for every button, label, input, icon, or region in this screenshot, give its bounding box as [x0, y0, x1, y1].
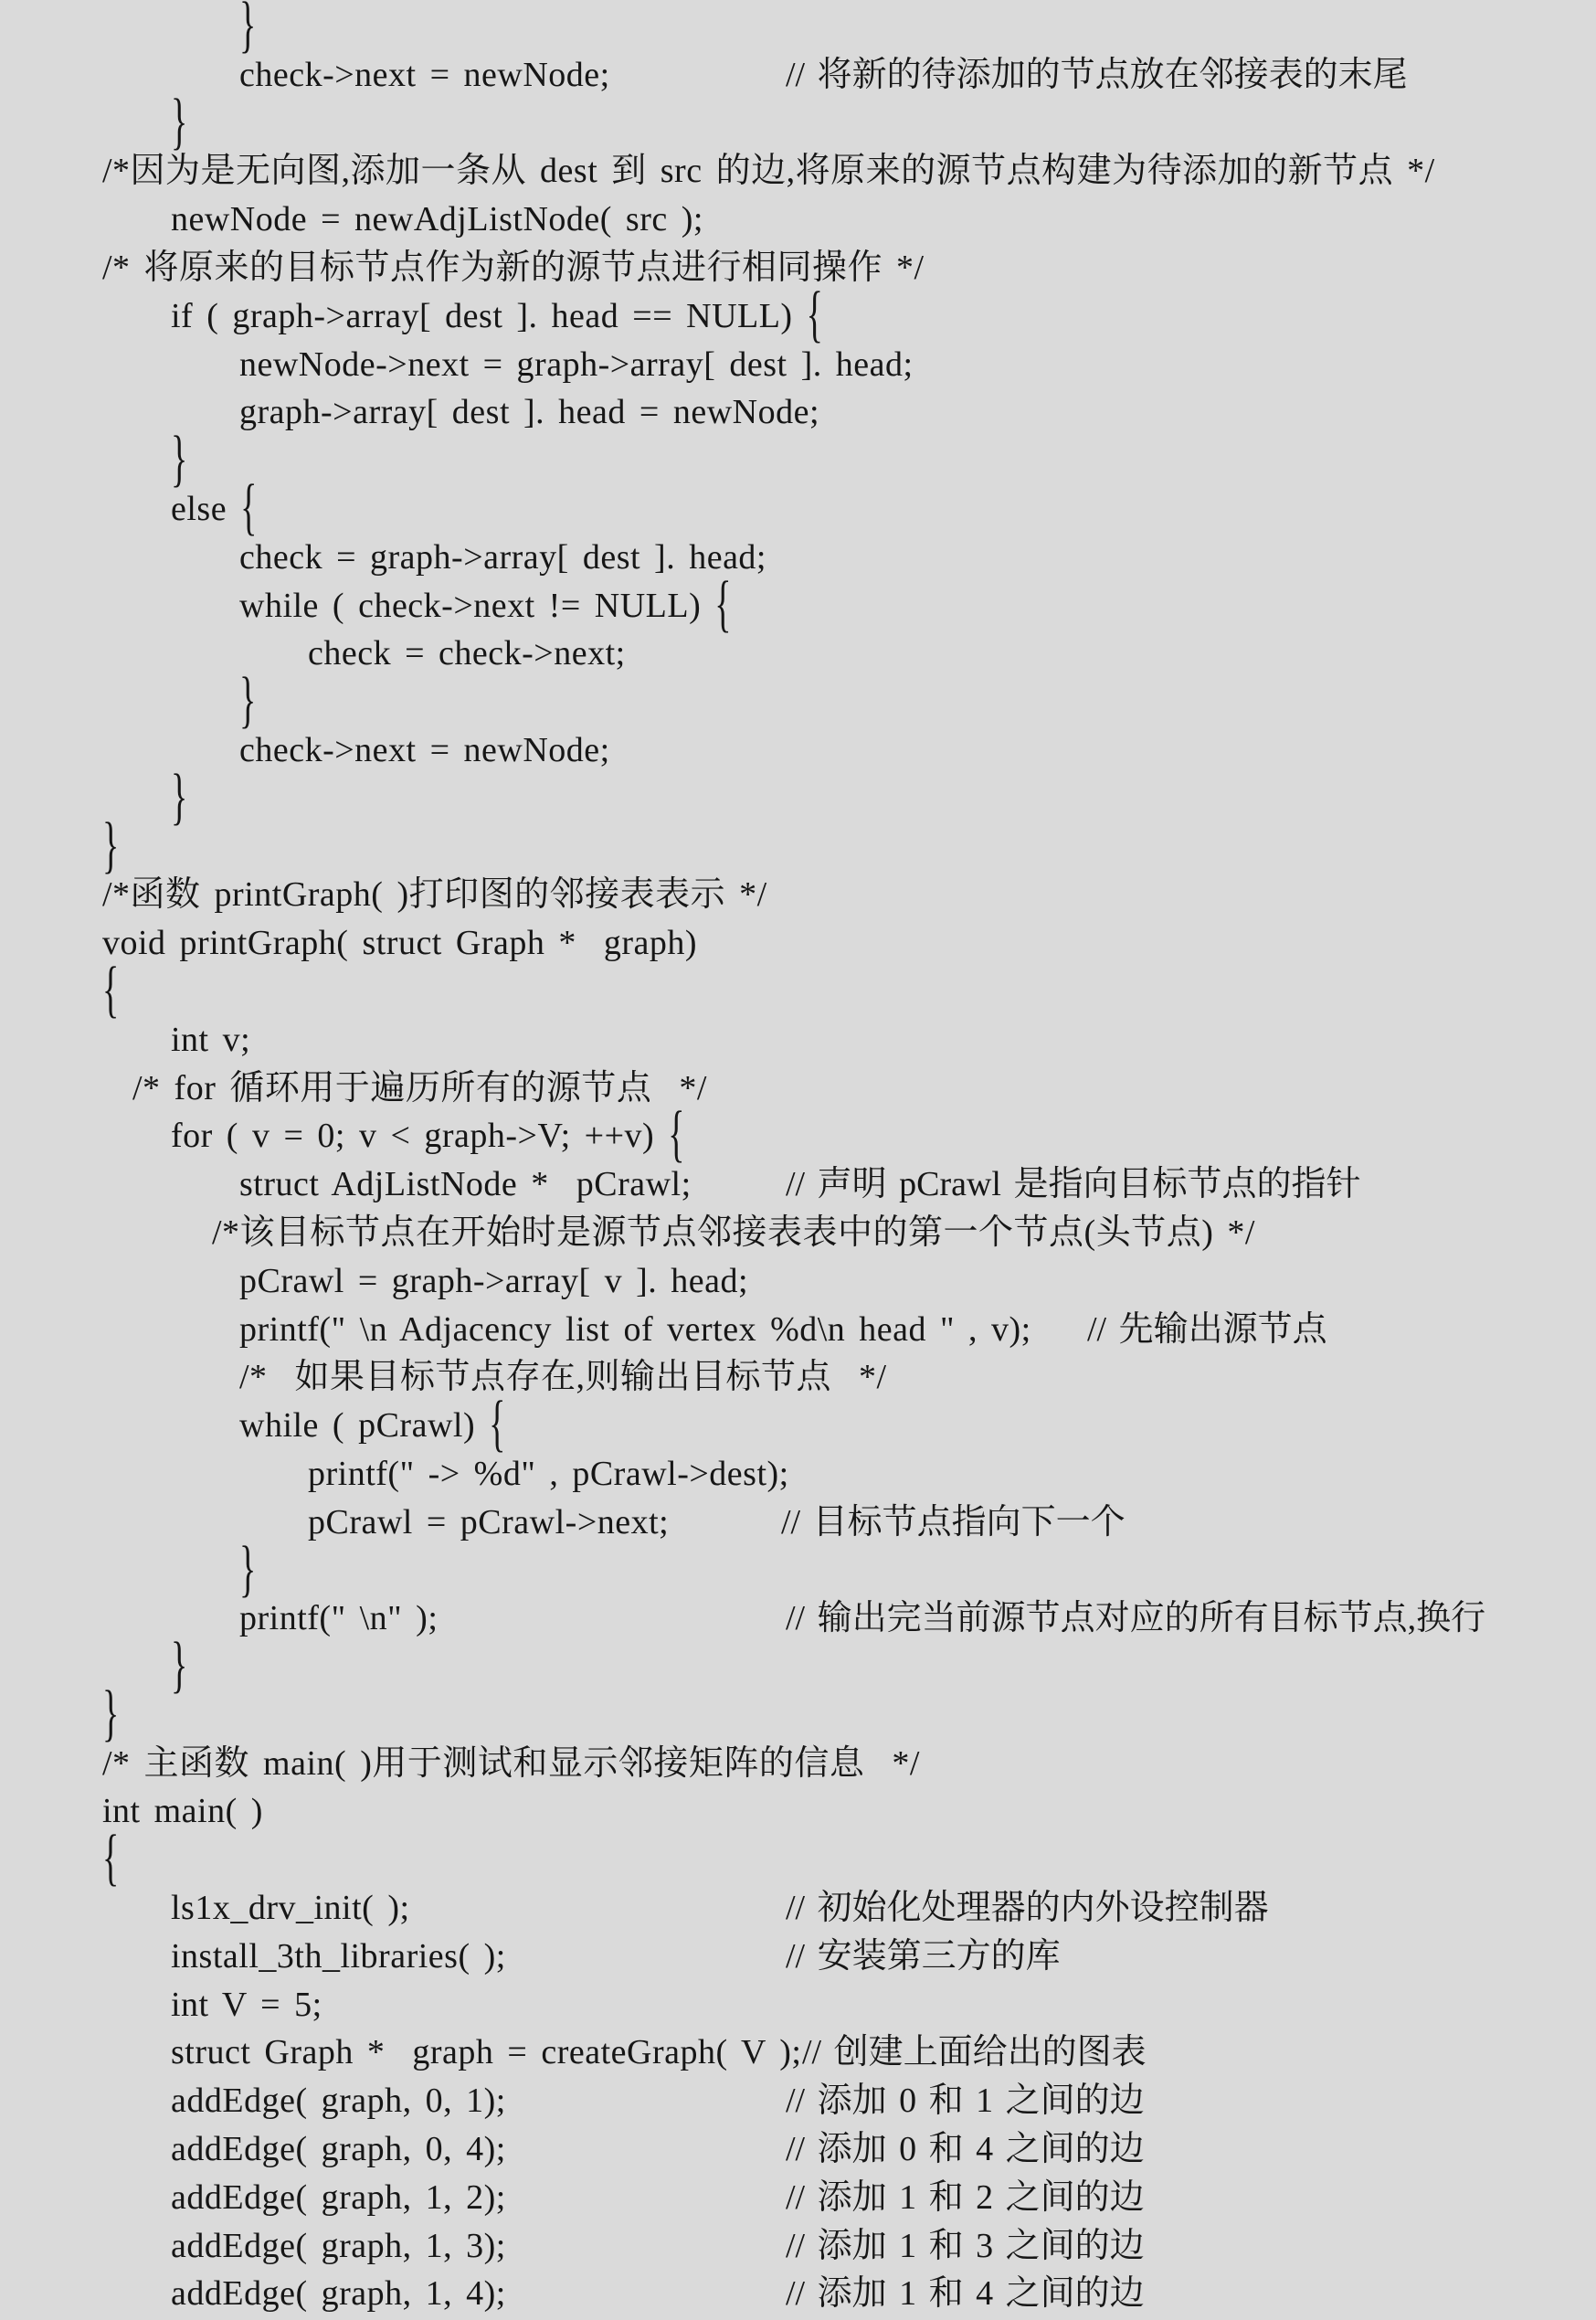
- code-line: int V = 5;: [0, 1981, 1596, 2029]
- code-line: int v;: [0, 1016, 1596, 1065]
- code-line: }: [0, 1547, 1596, 1595]
- code-text: check = graph->array[ dest ]. head;: [239, 534, 766, 582]
- comment-text: // 创建上面给出的图表: [802, 2029, 1147, 2077]
- code-text: {: [102, 968, 120, 1016]
- code-line: /* 主函数 main( )用于测试和显示邻接矩阵的信息 */: [0, 1740, 1596, 1788]
- comment-text: // 添加 0 和 1 之间的边: [786, 2077, 1145, 2125]
- code-line: while ( pCrawl) {: [0, 1402, 1596, 1450]
- code-line: }: [0, 100, 1596, 148]
- code-line: addEdge( graph, 0, 1);// 添加 0 和 1 之间的边: [0, 2077, 1596, 2125]
- code-line: /*该目标节点在开始时是源节点邻接表表中的第一个节点(头节点) */: [0, 1209, 1596, 1257]
- code-line: graph->array[ dest ]. head = newNode;: [0, 388, 1596, 437]
- code-line: printf(" -> %d" , pCrawl->dest);: [0, 1450, 1596, 1499]
- code-line: /* for 循环用于遍历所有的源节点 */: [0, 1065, 1596, 1113]
- comment-text: // 声明 pCrawl 是指向目标节点的指针: [786, 1160, 1360, 1209]
- comment-text: // 目标节点指向下一个: [781, 1499, 1126, 1547]
- code-text: addEdge( graph, 1, 4);: [171, 2270, 506, 2318]
- code-text: printf(" \n" );: [239, 1594, 438, 1643]
- code-text: int V = 5;: [171, 1981, 322, 2029]
- code-line: struct AdjListNode * pCrawl;// 声明 pCrawl…: [0, 1160, 1596, 1209]
- code-text: }: [102, 1691, 120, 1740]
- comment-text: // 将新的待添加的节点放在邻接表的末尾: [786, 51, 1408, 100]
- code-text: }: [239, 3, 257, 51]
- code-text: /*函数 printGraph( )打印图的邻接表表示 */: [102, 871, 767, 919]
- code-line: check->next = newNode;// 将新的待添加的节点放在邻接表的…: [0, 51, 1596, 100]
- code-text: }: [171, 775, 188, 823]
- code-line: {: [0, 968, 1596, 1016]
- code-line: install_3th_libraries( );// 安装第三方的库: [0, 1933, 1596, 1981]
- comment-text: // 添加 1 和 4 之间的边: [786, 2270, 1145, 2318]
- code-line: }: [0, 1691, 1596, 1740]
- code-line: /* 将原来的目标节点作为新的源节点进行相同操作 */: [0, 244, 1596, 292]
- code-text: addEdge( graph, 1, 3);: [171, 2222, 506, 2271]
- code-line: }: [0, 678, 1596, 726]
- code-text: graph->array[ dest ]. head = newNode;: [239, 388, 819, 437]
- code-line: }: [0, 1643, 1596, 1691]
- code-text: }: [171, 437, 188, 485]
- code-text: install_3th_libraries( );: [171, 1933, 506, 1981]
- code-line: for ( v = 0; v < graph->V; ++v) {: [0, 1112, 1596, 1160]
- code-line: {: [0, 1836, 1596, 1884]
- comment-text: // 输出完当前源节点对应的所有目标节点,换行: [786, 1594, 1485, 1643]
- code-text: }: [171, 1643, 188, 1691]
- code-text: newNode->next = graph->array[ dest ]. he…: [239, 341, 914, 389]
- code-line: newNode->next = graph->array[ dest ]. he…: [0, 341, 1596, 389]
- code-text: /* 主函数 main( )用于测试和显示邻接矩阵的信息 */: [102, 1740, 920, 1788]
- code-text: printf(" \n Adjacency list of vertex %d\…: [239, 1306, 1031, 1354]
- code-line: struct Graph * graph = createGraph( V );…: [0, 2029, 1596, 2077]
- code-text: /* 如果目标节点存在,则输出目标节点 */: [239, 1353, 887, 1402]
- code-text: /*因为是无向图,添加一条从 dest 到 src 的边,将原来的源节点构建为待…: [102, 147, 1435, 196]
- comment-text: // 初始化处理器的内外设控制器: [786, 1884, 1269, 1933]
- code-text: }: [171, 100, 188, 148]
- code-line: /* 如果目标节点存在,则输出目标节点 */: [0, 1353, 1596, 1402]
- code-line: ls1x_drv_init( );// 初始化处理器的内外设控制器: [0, 1884, 1596, 1933]
- code-text: /*该目标节点在开始时是源节点邻接表表中的第一个节点(头节点) */: [212, 1209, 1255, 1257]
- code-text: for ( v = 0; v < graph->V; ++v) {: [171, 1112, 685, 1160]
- code-line: addEdge( graph, 0, 4);// 添加 0 和 4 之间的边: [0, 2125, 1596, 2174]
- code-text: {: [102, 1836, 120, 1884]
- code-line: void printGraph( struct Graph * graph): [0, 919, 1596, 968]
- code-line: }: [0, 775, 1596, 823]
- code-text: pCrawl = pCrawl->next;: [308, 1499, 669, 1547]
- code-line: if ( graph->array[ dest ]. head == NULL)…: [0, 292, 1596, 341]
- code-text: printf(" -> %d" , pCrawl->dest);: [308, 1450, 789, 1499]
- comment-text: // 安装第三方的库: [786, 1933, 1061, 1981]
- code-text: addEdge( graph, 1, 2);: [171, 2174, 506, 2222]
- code-line: pCrawl = graph->array[ v ]. head;: [0, 1257, 1596, 1306]
- code-line: check = graph->array[ dest ]. head;: [0, 534, 1596, 582]
- code-text: }: [102, 823, 120, 872]
- code-line: }: [0, 3, 1596, 51]
- code-line: check->next = newNode;: [0, 726, 1596, 775]
- code-text: else {: [171, 485, 258, 534]
- code-text: while ( pCrawl) {: [239, 1402, 506, 1450]
- comment-text: // 添加 0 和 4 之间的边: [786, 2125, 1145, 2174]
- book-page: }check->next = newNode;// 将新的待添加的节点放在邻接表…: [0, 0, 1596, 2320]
- code-text: void printGraph( struct Graph * graph): [102, 919, 697, 968]
- code-text: struct Graph * graph = createGraph( V );: [171, 2029, 801, 2077]
- code-line: }: [0, 823, 1596, 872]
- code-text: /* for 循环用于遍历所有的源节点 */: [132, 1065, 707, 1113]
- code-line: while ( check->next != NULL) {: [0, 582, 1596, 630]
- code-line: addEdge( graph, 1, 4);// 添加 1 和 4 之间的边: [0, 2270, 1596, 2318]
- code-line: /*函数 printGraph( )打印图的邻接表表示 */: [0, 871, 1596, 919]
- code-line: /*因为是无向图,添加一条从 dest 到 src 的边,将原来的源节点构建为待…: [0, 147, 1596, 196]
- code-text: check->next = newNode;: [239, 726, 610, 775]
- code-line: addEdge( graph, 1, 3);// 添加 1 和 3 之间的边: [0, 2222, 1596, 2271]
- code-text: int main( ): [102, 1787, 263, 1836]
- code-line: else {: [0, 485, 1596, 534]
- code-text: check->next = newNode;: [239, 51, 610, 100]
- code-text: /* 将原来的目标节点作为新的源节点进行相同操作 */: [102, 244, 925, 292]
- code-line: }: [0, 437, 1596, 485]
- code-text: check = check->next;: [308, 630, 626, 678]
- code-text: }: [239, 678, 257, 726]
- code-text: struct AdjListNode * pCrawl;: [239, 1160, 692, 1209]
- code-text: int v;: [171, 1016, 250, 1065]
- code-text: pCrawl = graph->array[ v ]. head;: [239, 1257, 748, 1306]
- code-line: printf(" \n" );// 输出完当前源节点对应的所有目标节点,换行: [0, 1594, 1596, 1643]
- code-line: addEdge( graph, 1, 2);// 添加 1 和 2 之间的边: [0, 2174, 1596, 2222]
- code-line: int main( ): [0, 1787, 1596, 1836]
- code-line: newNode = newAdjListNode( src );: [0, 196, 1596, 244]
- code-text: }: [239, 1547, 257, 1595]
- code-text: if ( graph->array[ dest ]. head == NULL)…: [171, 292, 823, 341]
- code-text: newNode = newAdjListNode( src );: [171, 196, 703, 244]
- comment-text: // 添加 1 和 3 之间的边: [786, 2222, 1145, 2271]
- comment-text: // 添加 1 和 2 之间的边: [786, 2174, 1145, 2222]
- code-line: printf(" \n Adjacency list of vertex %d\…: [0, 1306, 1596, 1354]
- comment-text: // 先输出源节点: [1087, 1306, 1327, 1354]
- code-text: while ( check->next != NULL) {: [239, 582, 732, 630]
- code-text: ls1x_drv_init( );: [171, 1884, 410, 1933]
- code-text: addEdge( graph, 0, 1);: [171, 2077, 506, 2125]
- code-text: addEdge( graph, 0, 4);: [171, 2125, 506, 2174]
- code-listing: }check->next = newNode;// 将新的待添加的节点放在邻接表…: [0, 3, 1596, 2318]
